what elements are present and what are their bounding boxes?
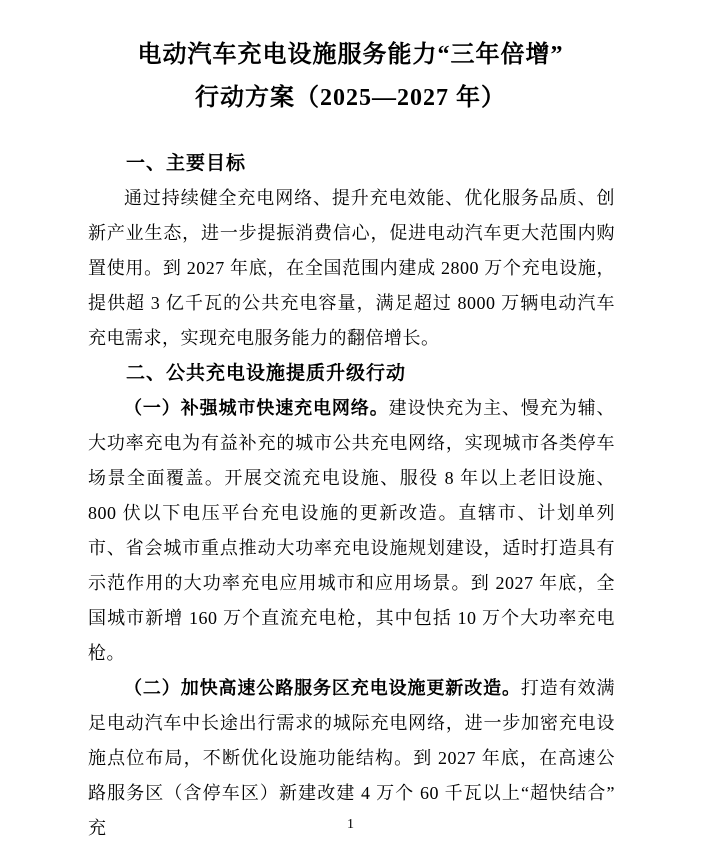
item-1-body: 建设快充为主、慢充为辅、大功率充电为有益补充的城市公共充电网络，实现城市各类停车…	[88, 398, 615, 663]
section-1-paragraph: 通过持续健全充电网络、提升充电效能、优化服务品质、创新产业生态，进一步提振消费信…	[88, 181, 615, 356]
page-number: 1	[0, 817, 701, 833]
document-page: 电动汽车充电设施服务能力“三年倍增” 行动方案（2025—2027 年） 一、主…	[0, 0, 701, 859]
document-title: 电动汽车充电设施服务能力“三年倍增” 行动方案（2025—2027 年）	[0, 0, 701, 120]
item-2-lead: （二）加快高速公路服务区充电设施更新改造。	[124, 678, 521, 698]
item-2-body: 打造有效满足电动汽车中长途出行需求的城际充电网络，进一步加密充电设施点位布局，不…	[88, 678, 615, 838]
document-body: 一、主要目标 通过持续健全充电网络、提升充电效能、优化服务品质、创新产业生态，进…	[88, 146, 615, 846]
section-2-heading: 二、公共充电设施提质升级行动	[88, 356, 615, 391]
section-1-heading: 一、主要目标	[88, 146, 615, 181]
section-2-item-1: （一）补强城市快速充电网络。建设快充为主、慢充为辅、大功率充电为有益补充的城市公…	[88, 391, 615, 671]
item-1-lead: （一）补强城市快速充电网络。	[124, 398, 389, 418]
title-line-2: 行动方案（2025—2027 年）	[0, 77, 701, 120]
title-line-1: 电动汽车充电设施服务能力“三年倍增”	[0, 34, 701, 77]
